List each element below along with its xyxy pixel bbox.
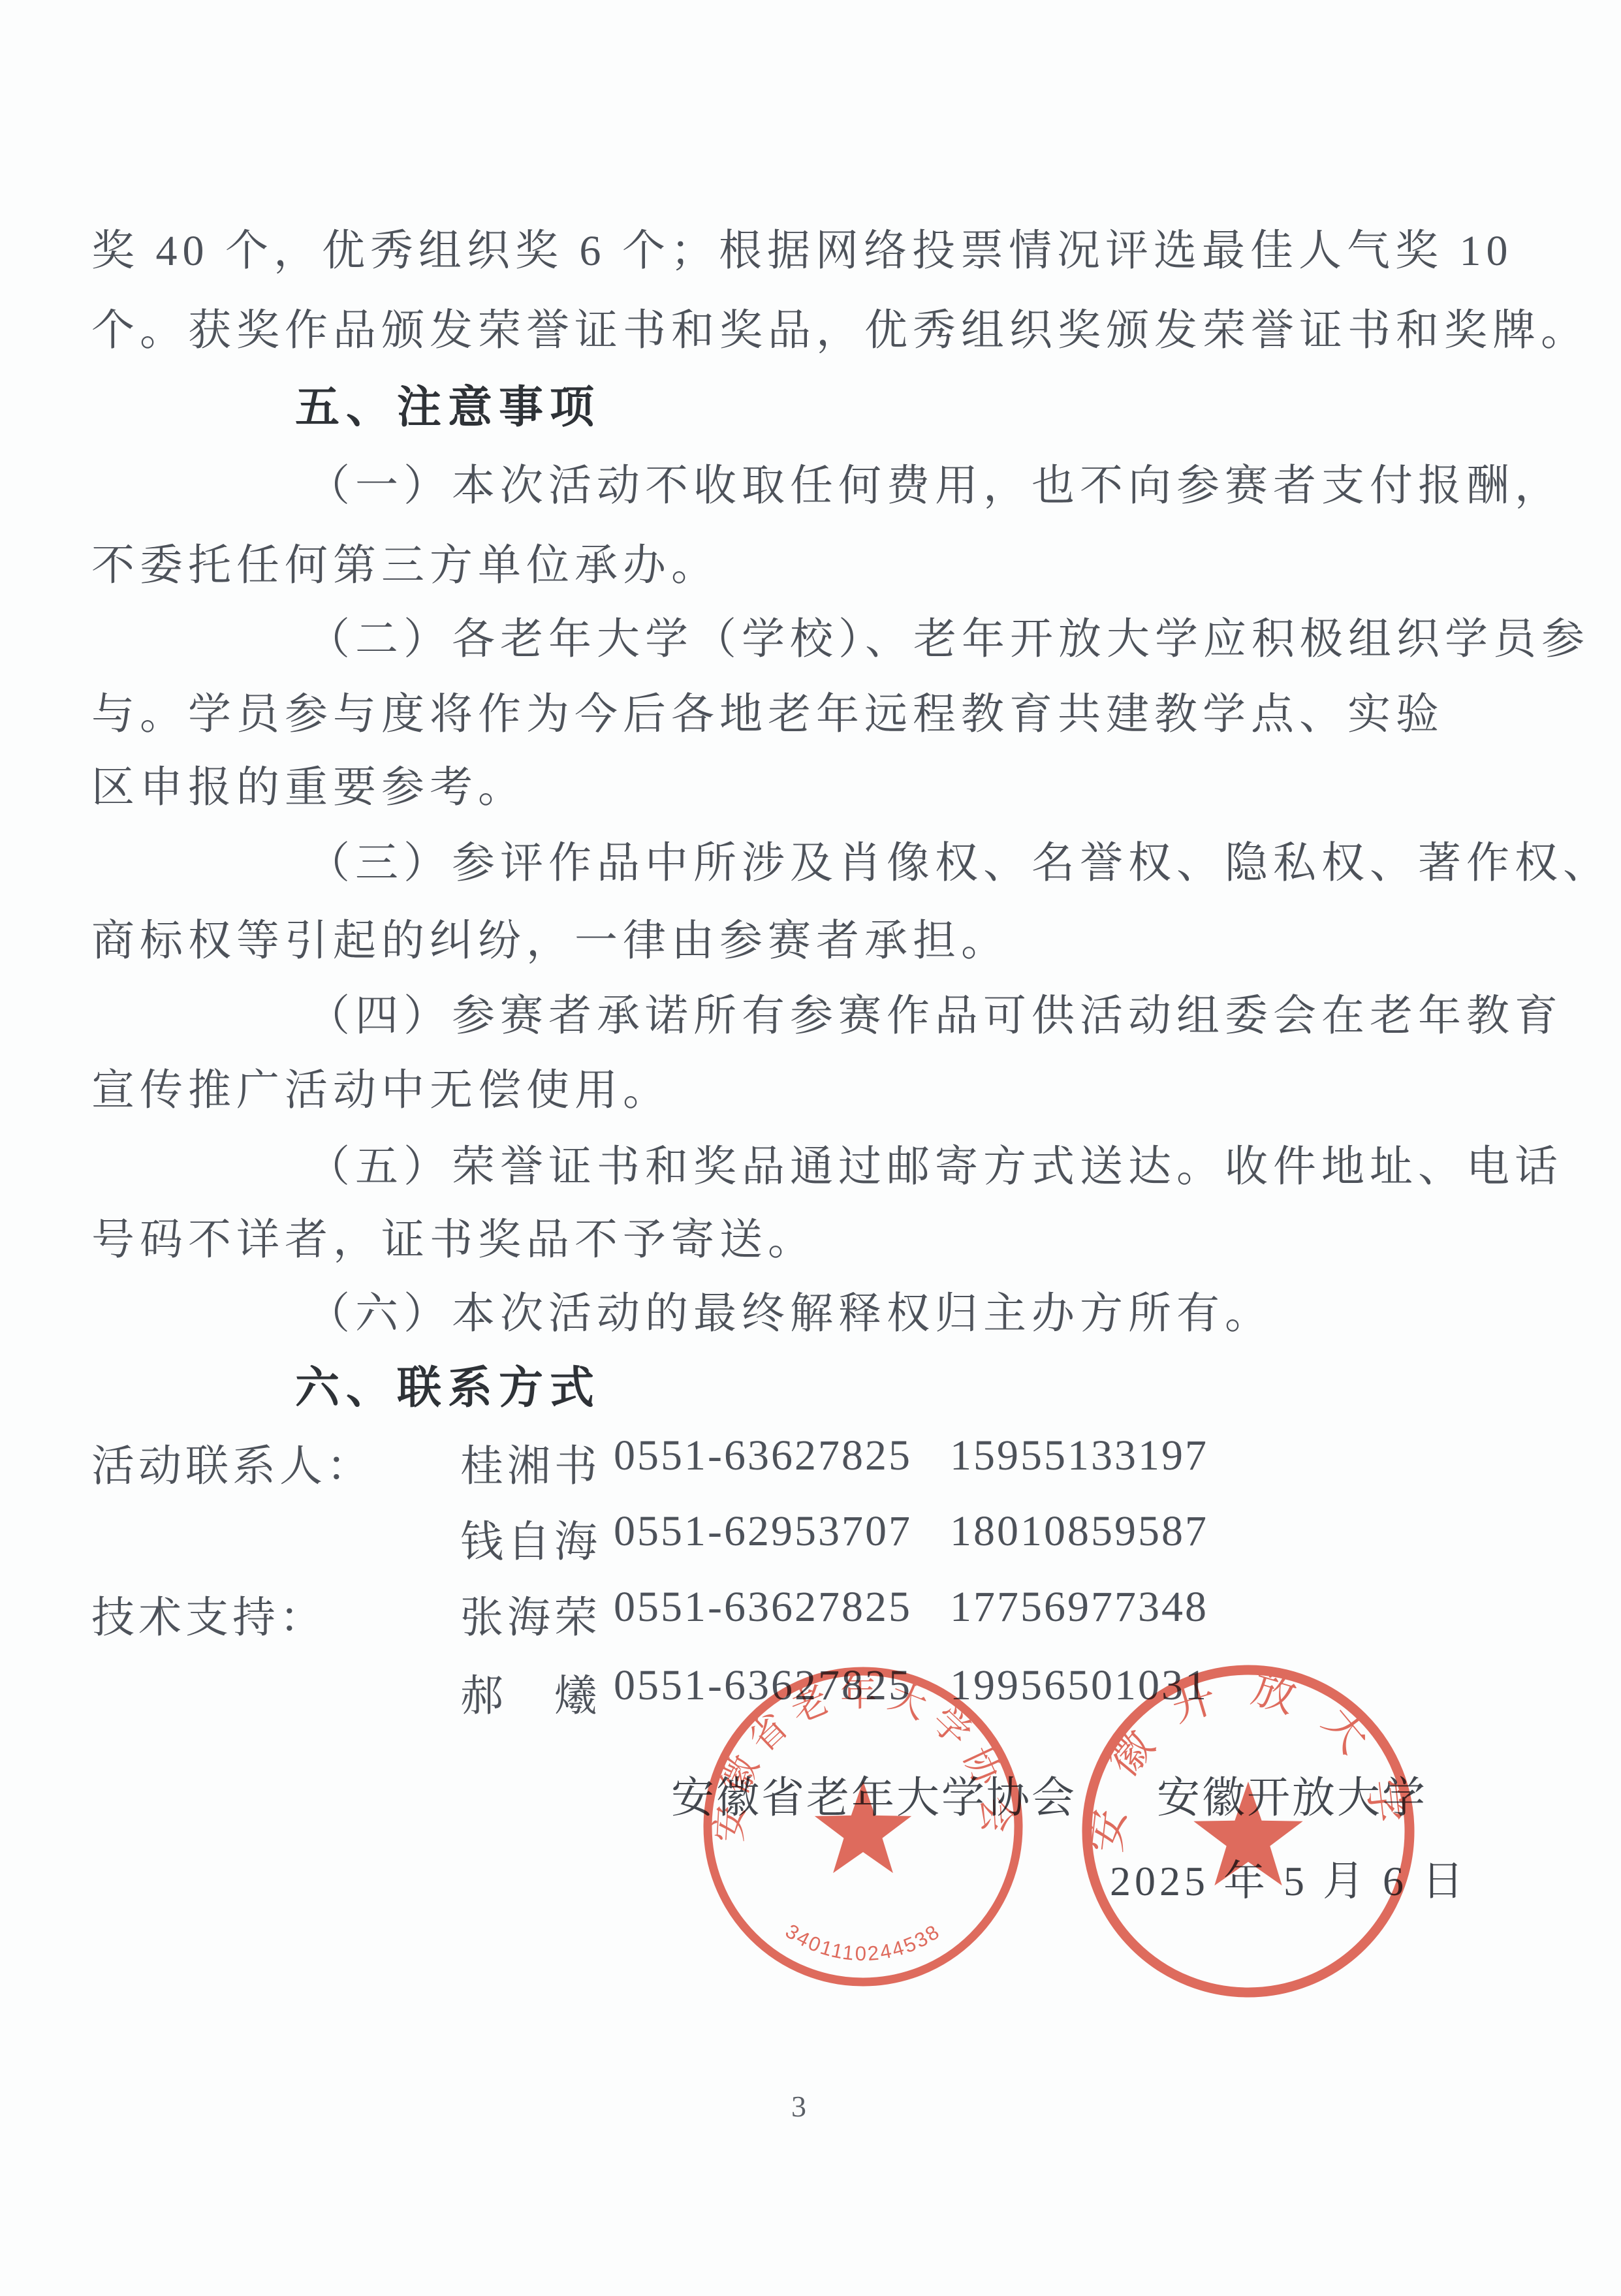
- section6-heading: 六、联系方式: [295, 1353, 601, 1416]
- contact-label: 技术支持：: [91, 1582, 326, 1644]
- contact-mobile: 15955133197: [950, 1431, 1208, 1481]
- seal-star-icon: [815, 1781, 911, 1873]
- body-line: （六）本次活动的最终解释权归主办方所有。: [307, 1278, 1273, 1340]
- body-line: （二）各老年大学（学校）、老年开放大学应积极组织学员参: [307, 604, 1590, 666]
- contact-phone: 0551-62953707: [614, 1507, 912, 1556]
- body-line: 奖 40 个，优秀组织奖 6 个；根据网络投票情况评选最佳人气奖 10: [91, 215, 1513, 277]
- page-number: 3: [791, 2089, 806, 2124]
- official-seal-left: 安徽省老年大学协会 3401110244538: [693, 1657, 1033, 1996]
- body-line: （一）本次活动不收取任何费用，也不向参赛者支付报酬，: [307, 450, 1563, 512]
- body-line: （四）参赛者承诺所有参赛作品可供活动组委会在老年教育: [307, 981, 1563, 1043]
- contact-phone: 0551-63627825: [614, 1431, 912, 1481]
- contact-name: 钱自海: [460, 1507, 601, 1569]
- body-line: （三）参评作品中所涉及肖像权、名誉权、隐私权、著作权、: [307, 828, 1611, 890]
- seal-serial-number: 3401110244538: [781, 1919, 945, 1965]
- body-line: 与。学员参与度将作为今后各地老年远程教育共建教学点、实验: [91, 679, 1444, 741]
- document-page: 奖 40 个，优秀组织奖 6 个；根据网络投票情况评选最佳人气奖 10 个。获奖…: [0, 0, 1621, 2296]
- contact-phone: 0551-63627825: [614, 1582, 912, 1632]
- official-seal-right: 安徽开放大学: [1072, 1655, 1424, 2007]
- body-line: 个。获奖作品颁发荣誉证书和奖品，优秀组织奖颁发荣誉证书和奖牌。: [91, 295, 1589, 357]
- contact-name: 张海荣: [460, 1582, 601, 1644]
- seal-serial-path: 3401110244538: [781, 1919, 945, 1965]
- contact-mobile: 18010859587: [950, 1507, 1208, 1556]
- contact-name: 桂湘书: [460, 1431, 601, 1493]
- contact-mobile: 17756977348: [950, 1582, 1208, 1632]
- body-line: 区申报的重要参考。: [91, 752, 526, 814]
- contact-label: 活动联系人：: [91, 1431, 373, 1493]
- seal-star-icon: [1193, 1782, 1302, 1885]
- body-line: 不委托任何第三方单位承办。: [91, 530, 719, 592]
- contact-name: 郝 爔: [460, 1661, 601, 1723]
- section5-heading: 五、注意事项: [295, 372, 601, 435]
- body-line: 号码不详者，证书奖品不予寄送。: [91, 1204, 816, 1266]
- body-line: 商标权等引起的纠纷，一律由参赛者承担。: [91, 905, 1009, 967]
- body-line: （五）荣誉证书和奖品通过邮寄方式送达。收件地址、电话: [307, 1131, 1563, 1193]
- body-line: 宣传推广活动中无偿使用。: [91, 1055, 671, 1117]
